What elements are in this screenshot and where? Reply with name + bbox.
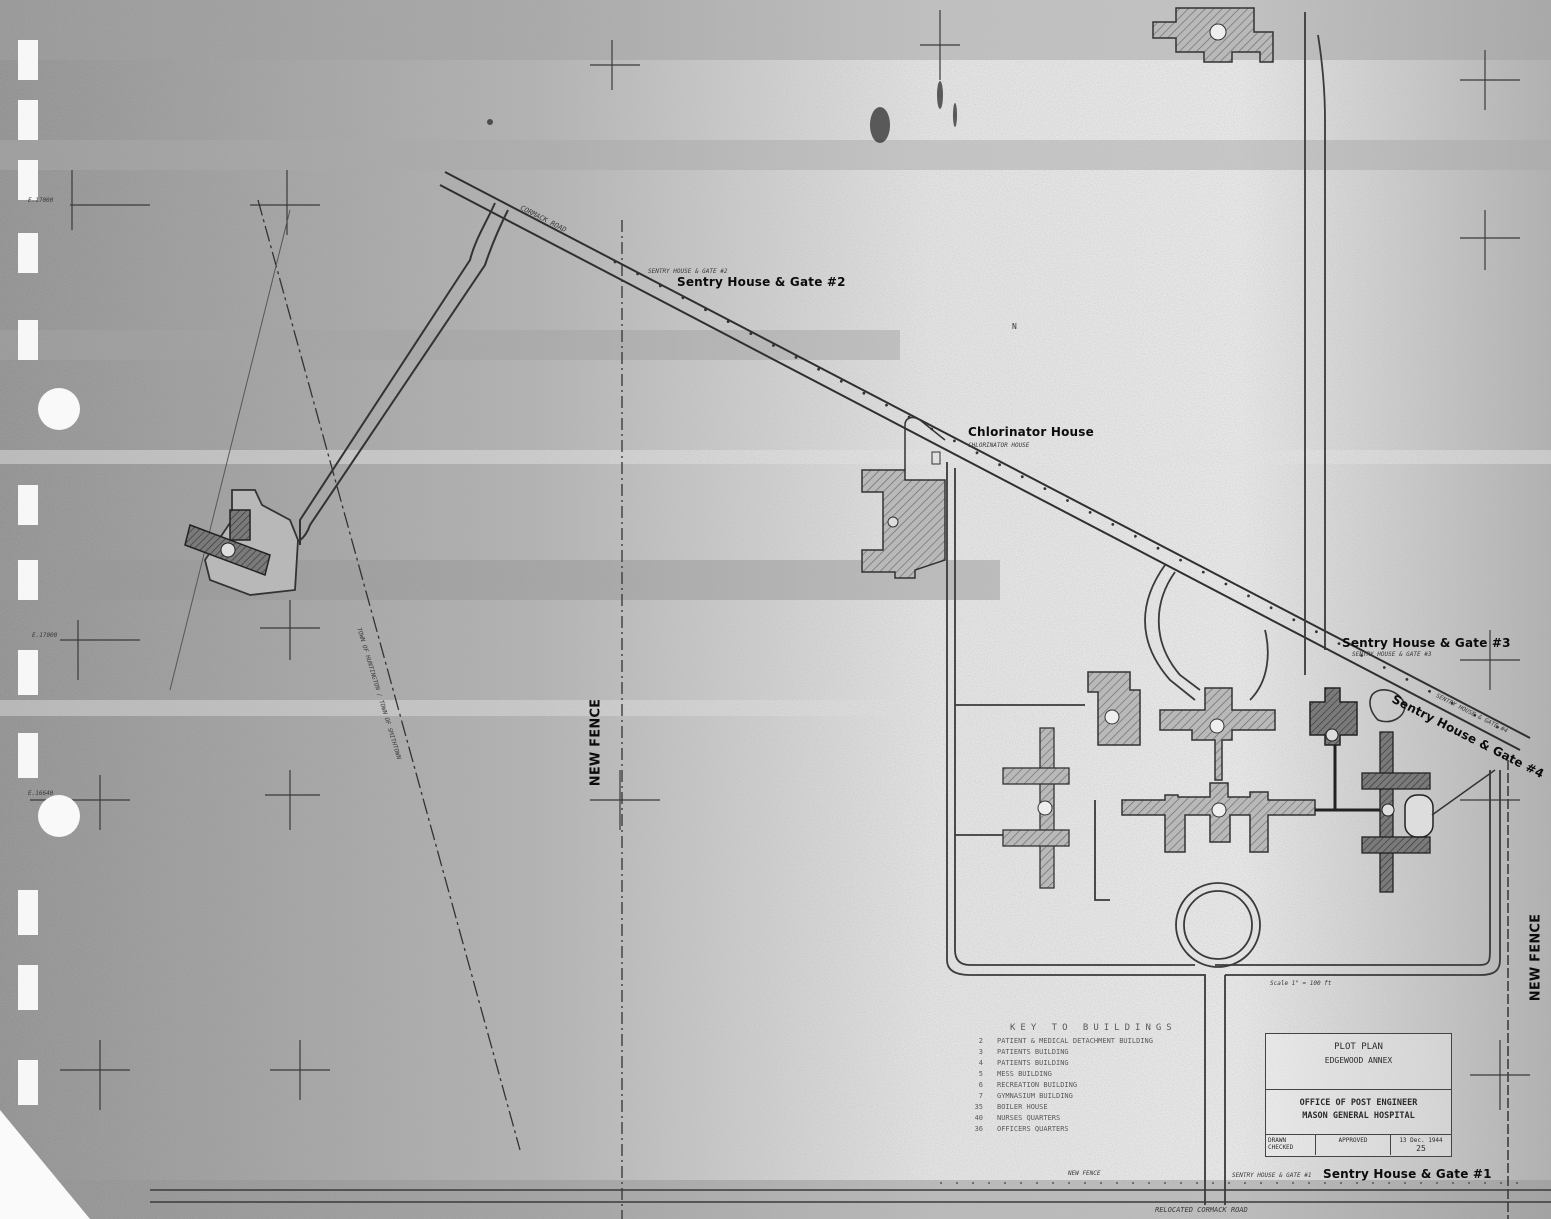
binder-slot xyxy=(18,40,38,80)
legend-item-label: PATIENTS BUILDING xyxy=(997,1058,1069,1069)
punch-hole xyxy=(38,388,80,430)
legend-item-label: BOILER HOUSE xyxy=(997,1102,1048,1113)
legend-item-number: 4 xyxy=(955,1058,997,1069)
approved-cell: APPROVED xyxy=(1316,1135,1391,1155)
label-sentry-gate-1: Sentry House & Gate #1 xyxy=(1323,1167,1492,1181)
grid-label-e16640: E.16640 xyxy=(28,790,53,797)
orig-label-relocated-road: RELOCATED CORMACK ROAD xyxy=(1155,1206,1248,1214)
key-to-buildings: KEY TO BUILDINGS 2PATIENT & MEDICAL DETA… xyxy=(955,1023,1255,1135)
orig-label-gate1: SENTRY HOUSE & GATE #1 xyxy=(1232,1172,1311,1179)
office-line-2: MASON GENERAL HOSPITAL xyxy=(1266,1108,1451,1121)
legend-item-number: 2 xyxy=(955,1036,997,1047)
label-sentry-gate-2: Sentry House & Gate #2 xyxy=(677,275,846,289)
sheet-number: 25 xyxy=(1416,1144,1426,1153)
orig-label-gate3: SENTRY HOUSE & GATE #3 xyxy=(1352,651,1431,658)
title-block-project: PLOT PLAN EDGEWOOD ANNEX xyxy=(1266,1034,1451,1090)
legend-item-number: 40 xyxy=(955,1113,997,1124)
binder-slot xyxy=(18,733,38,778)
grid-label-e17000: E.17000 xyxy=(32,632,57,639)
binder-slot xyxy=(18,650,38,695)
binder-slot xyxy=(18,233,38,273)
binder-slot xyxy=(18,890,38,935)
legend-item-label: MESS BUILDING xyxy=(997,1069,1052,1080)
legend-item-label: RECREATION BUILDING xyxy=(997,1080,1077,1091)
plan-subtitle: EDGEWOOD ANNEX xyxy=(1266,1052,1451,1065)
binder-slot xyxy=(18,560,38,600)
binder-slot xyxy=(18,100,38,140)
legend-item: 4PATIENTS BUILDING xyxy=(955,1058,1255,1069)
legend-item-number: 6 xyxy=(955,1080,997,1091)
punch-hole xyxy=(38,795,80,837)
plan-title: PLOT PLAN xyxy=(1266,1034,1451,1052)
legend-item-label: PATIENT & MEDICAL DETACHMENT BUILDING xyxy=(997,1036,1153,1047)
plan-date: 13 Dec. 1944 xyxy=(1399,1137,1442,1144)
drawn-checked-cell: DRAWN CHECKED xyxy=(1266,1135,1316,1155)
checked-label: CHECKED xyxy=(1268,1144,1293,1151)
orig-label-new-fence: NEW FENCE xyxy=(1068,1170,1101,1177)
legend-title: KEY TO BUILDINGS xyxy=(1010,1023,1255,1033)
legend-item-number: 35 xyxy=(955,1102,997,1113)
legend-item-label: GYMNASIUM BUILDING xyxy=(997,1091,1073,1102)
date-sheet-cell: 13 Dec. 1944 25 xyxy=(1391,1135,1451,1155)
label-new-fence-east: NEW FENCE xyxy=(1528,914,1543,1002)
orig-label-chlorinator: CHLORINATOR HOUSE xyxy=(968,442,1029,449)
legend-item-label: OFFICERS QUARTERS xyxy=(997,1124,1069,1135)
legend-item: 2PATIENT & MEDICAL DETACHMENT BUILDING xyxy=(955,1036,1255,1047)
scale-note: Scale 1" = 100 ft xyxy=(1270,980,1331,987)
legend-item-label: NURSES QUARTERS xyxy=(997,1113,1060,1124)
legend-item: 3PATIENTS BUILDING xyxy=(955,1047,1255,1058)
binder-slot xyxy=(18,1060,38,1105)
office-line-1: OFFICE OF POST ENGINEER xyxy=(1266,1090,1451,1108)
legend-item-number: 7 xyxy=(955,1091,997,1102)
binder-slot xyxy=(18,485,38,525)
legend-item-number: 3 xyxy=(955,1047,997,1058)
label-new-fence-west: NEW FENCE xyxy=(588,699,603,787)
legend-item: 5MESS BUILDING xyxy=(955,1069,1255,1080)
legend-item: 40NURSES QUARTERS xyxy=(955,1113,1255,1124)
legend-item: 7GYMNASIUM BUILDING xyxy=(955,1091,1255,1102)
grid-label-e17400: E.17000 xyxy=(28,197,53,204)
legend-item: 36OFFICERS QUARTERS xyxy=(955,1124,1255,1135)
drawn-label: DRAWN xyxy=(1268,1137,1286,1144)
binder-slot xyxy=(18,160,38,200)
title-block-office: OFFICE OF POST ENGINEER MASON GENERAL HO… xyxy=(1266,1090,1451,1135)
north-arrow-label: N xyxy=(1012,322,1017,331)
legend-item: 6RECREATION BUILDING xyxy=(955,1080,1255,1091)
legend-item-number: 5 xyxy=(955,1069,997,1080)
label-chlorinator-house: Chlorinator House xyxy=(968,425,1094,439)
legend-list: 2PATIENT & MEDICAL DETACHMENT BUILDING3P… xyxy=(955,1036,1255,1135)
label-sentry-gate-3: Sentry House & Gate #3 xyxy=(1342,636,1511,650)
legend-item-label: PATIENTS BUILDING xyxy=(997,1047,1069,1058)
title-block: PLOT PLAN EDGEWOOD ANNEX OFFICE OF POST … xyxy=(1265,1033,1452,1157)
title-block-signatures: DRAWN CHECKED APPROVED 13 Dec. 1944 25 xyxy=(1266,1135,1451,1155)
orig-label-gate2: SENTRY HOUSE & GATE #2 xyxy=(648,268,727,275)
binder-slot xyxy=(18,320,38,360)
legend-item-number: 36 xyxy=(955,1124,997,1135)
binder-slot xyxy=(18,965,38,1010)
legend-item: 35BOILER HOUSE xyxy=(955,1102,1255,1113)
